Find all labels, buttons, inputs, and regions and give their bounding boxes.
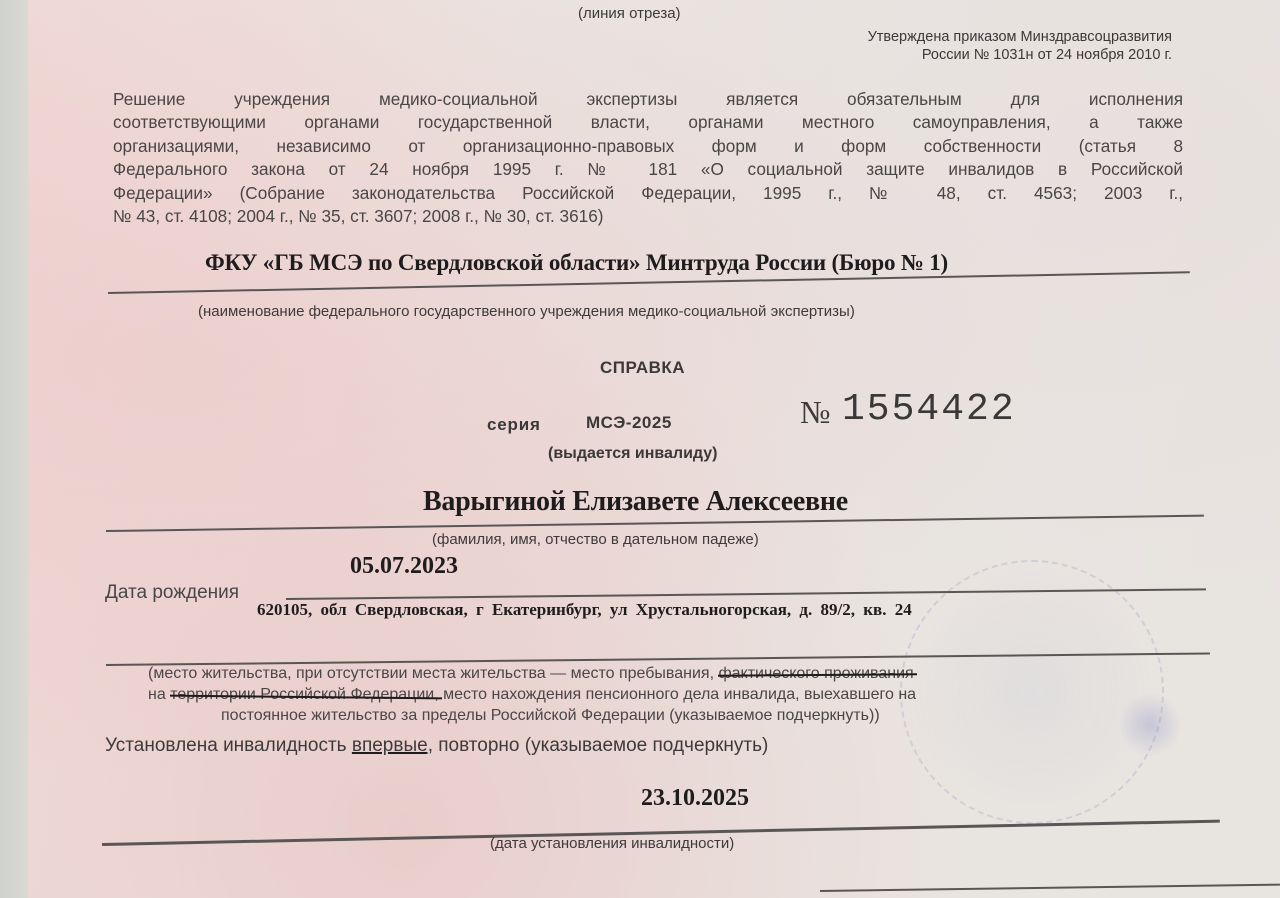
approval-line-2: России № 1031н от 24 ноября 2010 г. [868,46,1172,64]
approval-reference: Утверждена приказом Минздравсоцразвития … [868,28,1172,64]
struck-text: фактического проживания [718,665,913,682]
institution-caption: (наименование федерального государственн… [198,303,855,320]
disability-option-first: впервые, [352,735,433,756]
legal-line: Решение учреждения медико-социальной экс… [113,88,1183,111]
residence-note-line-3: постоянное жительство за пределы Российс… [148,705,916,726]
approval-line-1: Утверждена приказом Минздравсоцразвития [868,28,1172,46]
number-sign: № [800,394,831,431]
name-caption: (фамилия, имя, отчество в дательном паде… [432,531,759,548]
legal-line: Федерального закона от 24 ноября 1995 г.… [113,158,1183,181]
birth-date-label: Дата рождения [105,582,239,604]
recipient-name: Варыгиной Елизавете Алексеевне [423,486,848,518]
residence-note-text: на [148,686,170,703]
series-label: серия [487,415,541,435]
residence-address: 620105, обл Свердловская, г Екатеринбург… [257,600,912,620]
legal-line: № 43, ст. 4108; 2004 г., № 35, ст. 3607;… [113,205,1183,228]
series-value: МСЭ-2025 [586,413,672,433]
residence-note: (место жительства, при отсутствии места … [148,663,916,726]
residence-note-line-2: на территории Российской Федерации, мест… [148,684,916,705]
disability-status-line: Установлена инвалидность впервые, повтор… [105,735,768,757]
legal-line: Федерации» (Собрание законодательства Ро… [113,182,1183,205]
faded-seal-stamp [900,560,1164,824]
disability-date-value: 23.10.2025 [641,785,749,812]
legal-notice: Решение учреждения медико-социальной экс… [113,88,1183,228]
institution-name: ФКУ «ГБ МСЭ по Свердловской области» Мин… [205,250,948,276]
legal-line: организациями, независимо от организацио… [113,135,1183,158]
certificate-number: 1554422 [842,388,1016,431]
birth-date-value: 05.07.2023 [350,553,458,580]
seal-ink-blot [1120,690,1180,760]
residence-note-line-1: (место жительства, при отсутствии места … [148,663,916,684]
struck-text: территории Российской Федерации, [170,686,438,703]
issued-to-note: (выдается инвалиду) [548,445,717,463]
background-edge [0,0,28,898]
disability-date-caption: (дата установления инвалидности) [490,835,734,852]
disability-option-repeat: повторно (указываемое подчеркнуть) [433,735,768,756]
disability-label: Установлена инвалидность [105,735,347,756]
residence-note-text: место нахождения пенсионного дела инвали… [439,686,916,703]
certificate-title: СПРАВКА [600,358,685,378]
residence-note-text: (место жительства, при отсутствии места … [148,665,718,682]
cut-line-label: (линия отреза) [578,5,681,22]
legal-line: соответствующими органами государственно… [113,111,1183,134]
